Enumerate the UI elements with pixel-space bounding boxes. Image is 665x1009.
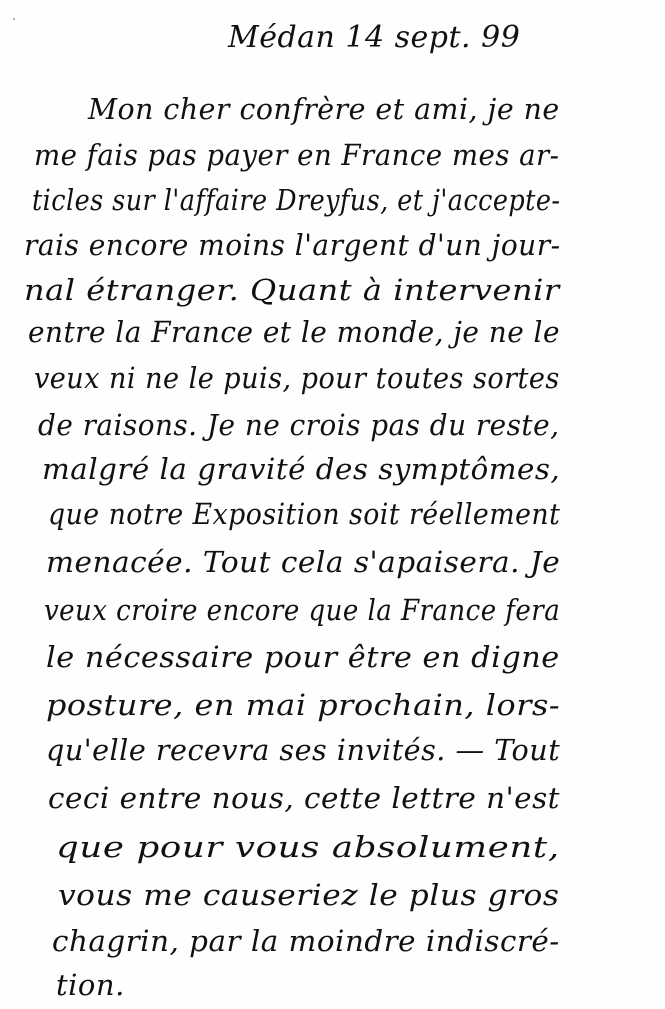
letter-line-18: vous me causeriez le plus gros — [58, 878, 559, 912]
letter-line-16: ceci entre nous, cette lettre n'est — [48, 781, 560, 815]
letter-page: Médan 14 sept. 99 Mon cher confrère et a… — [0, 0, 665, 1009]
letter-line-12: veux croire encore que la France fera — [44, 593, 560, 627]
letter-line-19: chagrin, par la moindre indiscré- — [52, 924, 560, 958]
letter-line-11: menacée. Tout cela s'apaisera. Je — [46, 545, 560, 579]
letter-line-17: que pour vous absolument, — [56, 830, 560, 864]
letter-line-1: Mon cher confrère et ami, je ne — [88, 92, 560, 126]
letter-line-9: malgré la gravité des symptômes, — [42, 452, 560, 486]
paper-speck — [13, 18, 15, 20]
letter-line-5: nal étranger. Quant à intervenir — [24, 273, 560, 307]
letter-line-8: de raisons. Je ne crois pas du reste, — [38, 408, 559, 442]
letter-line-7: veux ni ne le puis, pour toutes sortes — [34, 361, 560, 395]
letter-line-10: que notre Exposition soit réellement — [48, 497, 560, 531]
letter-line-14: posture, en mai prochain, lors- — [46, 688, 560, 722]
letter-dateline: Médan 14 sept. 99 — [228, 20, 538, 55]
letter-line-6: entre la France et le monde, je ne le — [28, 315, 560, 349]
letter-line-20: tion. — [56, 968, 125, 1002]
letter-line-4: rais encore moins l'argent d'un jour- — [24, 228, 561, 262]
letter-line-2: me fais pas payer en France mes ar- — [34, 138, 559, 172]
letter-line-13: le nécessaire pour être en digne — [46, 640, 560, 674]
letter-line-15: qu'elle recevra ses invités. — Tout — [46, 733, 560, 767]
letter-line-3: ticles sur l'affaire Dreyfus, et j'accep… — [32, 183, 560, 217]
